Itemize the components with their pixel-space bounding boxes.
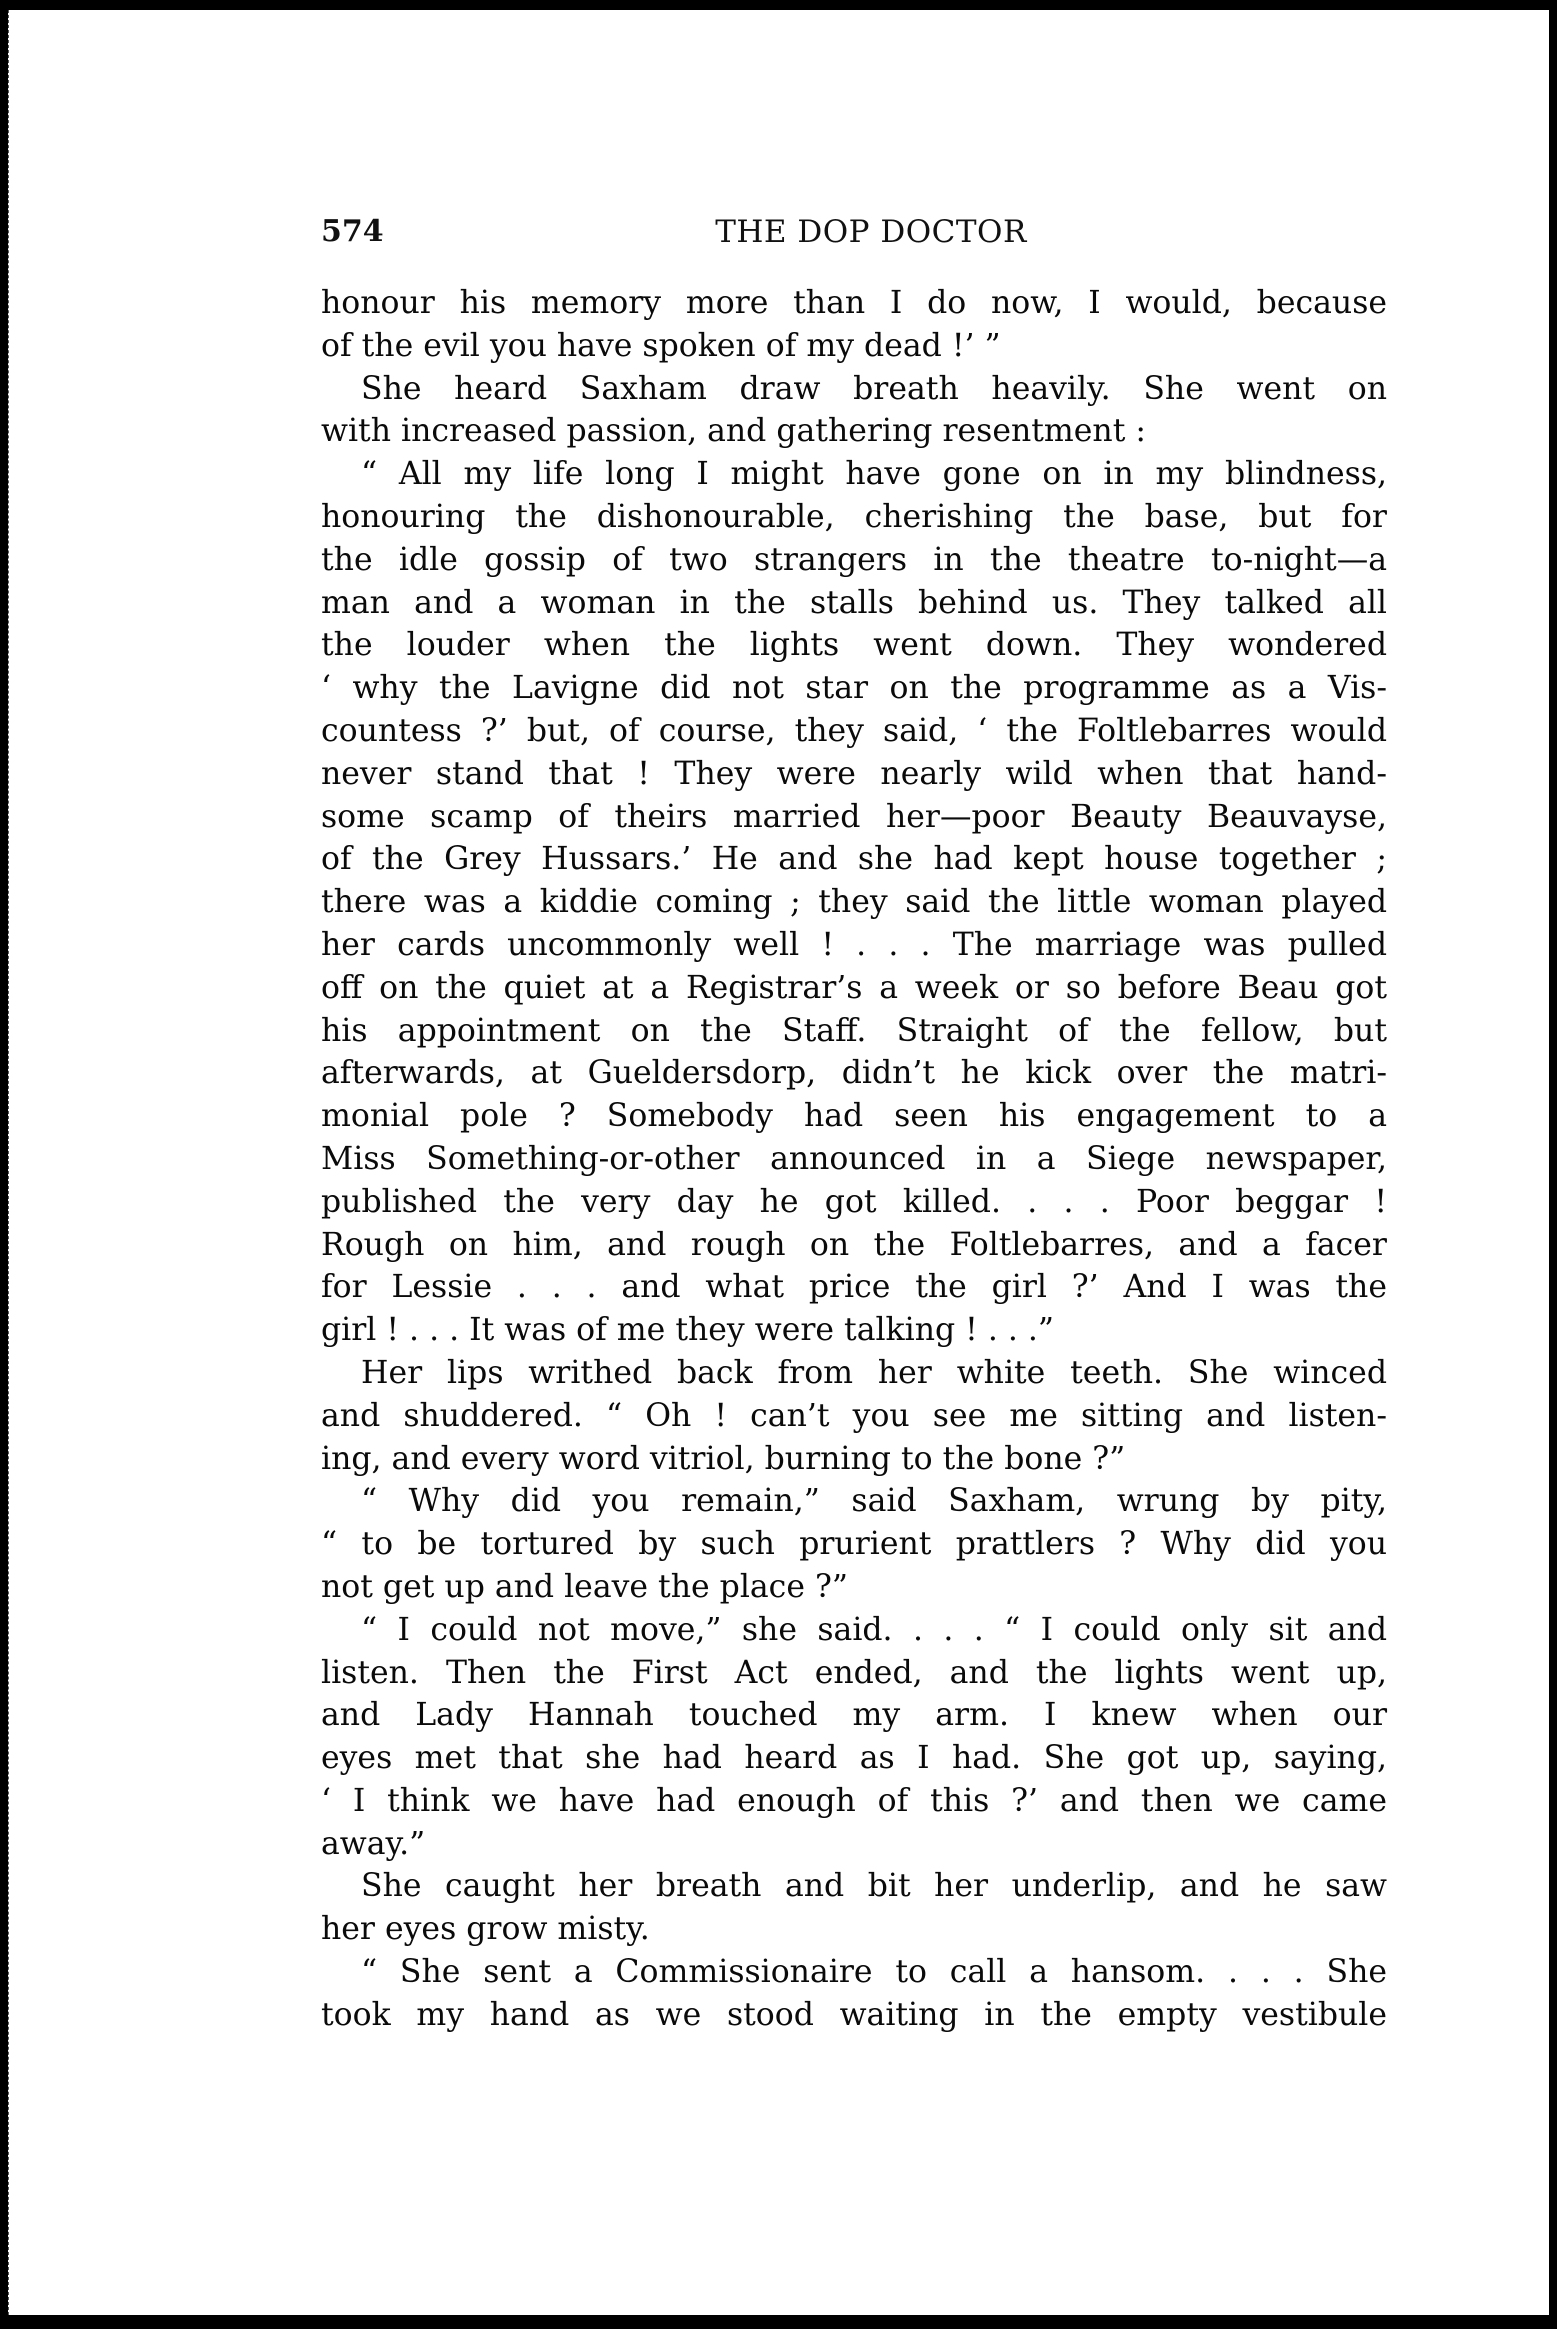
body-text: honour his memory more than I do now, I … bbox=[321, 282, 1387, 2037]
text-line: monial pole ? Somebody had seen his enga… bbox=[321, 1095, 1387, 1138]
text-line: “ She sent a Commissionaire to call a ha… bbox=[321, 1951, 1387, 1994]
text-line: and Lady Hannah touched my arm. I knew w… bbox=[321, 1694, 1387, 1737]
text-line: the idle gossip of two strangers in the … bbox=[321, 539, 1387, 582]
text-line: her eyes grow misty. bbox=[321, 1908, 1387, 1951]
text-line: away.” bbox=[321, 1823, 1387, 1866]
text-line: Rough on him, and rough on the Foltlebar… bbox=[321, 1224, 1387, 1267]
text-line: girl ! . . . It was of me they were talk… bbox=[321, 1309, 1387, 1352]
running-title: THE DOP DOCTOR bbox=[321, 214, 1391, 250]
text-line: Miss Something-or-other announced in a S… bbox=[321, 1138, 1387, 1181]
text-line: She heard Saxham draw breath heavily. Sh… bbox=[321, 368, 1387, 411]
text-line: never stand that ! They were nearly wild… bbox=[321, 753, 1387, 796]
text-line: and shuddered. “ Oh ! can’t you see me s… bbox=[321, 1395, 1387, 1438]
text-line: off on the quiet at a Registrar’s a week… bbox=[321, 967, 1387, 1010]
text-line: “ All my life long I might have gone on … bbox=[321, 453, 1387, 496]
text-line: of the Grey Hussars.’ He and she had kep… bbox=[321, 838, 1387, 881]
text-line: with increased passion, and gathering re… bbox=[321, 410, 1387, 453]
text-line: Her lips writhed back from her white tee… bbox=[321, 1352, 1387, 1395]
text-line: honour his memory more than I do now, I … bbox=[321, 282, 1387, 325]
text-line: afterwards, at Gueldersdorp, didn’t he k… bbox=[321, 1052, 1387, 1095]
text-line: published the very day he got killed. . … bbox=[321, 1181, 1387, 1224]
text-line: of the evil you have spoken of my dead !… bbox=[321, 325, 1387, 368]
text-line: “ to be tortured by such prurient prattl… bbox=[321, 1523, 1387, 1566]
text-line: “ Why did you remain,” said Saxham, wrun… bbox=[321, 1480, 1387, 1523]
page-header: 574 THE DOP DOCTOR bbox=[321, 214, 1391, 264]
text-line: there was a kiddie coming ; they said th… bbox=[321, 881, 1387, 924]
text-line: man and a woman in the stalls behind us.… bbox=[321, 582, 1387, 625]
text-line: “ I could not move,” she said. . . . “ I… bbox=[321, 1609, 1387, 1652]
text-line: honouring the dishonourable, cherishing … bbox=[321, 496, 1387, 539]
text-line: countess ?’ but, of course, they said, ‘… bbox=[321, 710, 1387, 753]
book-page: 574 THE DOP DOCTOR honour his memory mor… bbox=[8, 10, 1549, 2315]
text-line: eyes met that she had heard as I had. Sh… bbox=[321, 1737, 1387, 1780]
text-line: for Lessie . . . and what price the girl… bbox=[321, 1266, 1387, 1309]
text-line: his appointment on the Staff. Straight o… bbox=[321, 1010, 1387, 1053]
text-line: ‘ why the Lavigne did not star on the pr… bbox=[321, 667, 1387, 710]
text-line: took my hand as we stood waiting in the … bbox=[321, 1994, 1387, 2037]
text-line: She caught her breath and bit her underl… bbox=[321, 1865, 1387, 1908]
text-line: ‘ I think we have had enough of this ?’ … bbox=[321, 1780, 1387, 1823]
text-line: ing, and every word vitriol, burning to … bbox=[321, 1438, 1387, 1481]
text-line: the louder when the lights went down. Th… bbox=[321, 624, 1387, 667]
text-line: her cards uncommonly well ! . . . The ma… bbox=[321, 924, 1387, 967]
text-line: listen. Then the First Act ended, and th… bbox=[321, 1652, 1387, 1695]
text-line: not get up and leave the place ?” bbox=[321, 1566, 1387, 1609]
text-line: some scamp of theirs married her—poor Be… bbox=[321, 796, 1387, 839]
